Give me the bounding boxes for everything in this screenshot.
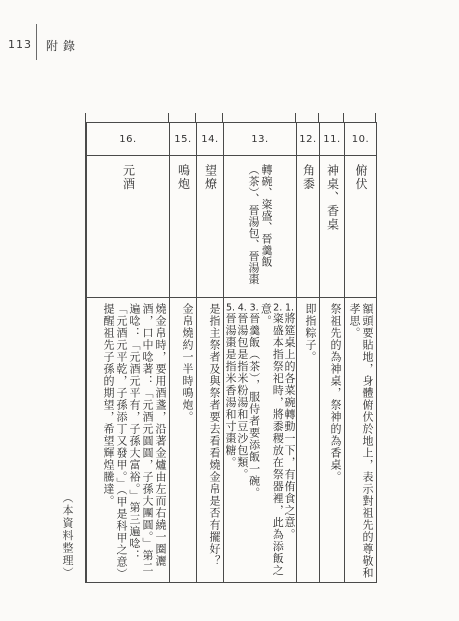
step-number: 10. [345,123,376,156]
term-description-list: 1.將筵桌上的各菜碗轉動一下，有侑食之意。 2.粢盛本指祭祀時，將黍稷放在祭器裡… [224,298,296,582]
term-name: 鳴炮 [177,164,190,191]
item-text: 晉湯棗是指米香湯和寸棗糖。 [224,313,237,469]
step-number: 13. [224,123,296,156]
continuation-tick [375,113,376,122]
source-note: （本資料整理） [60,492,74,580]
ritual-steps-table: 10. 俯伏 額頭要貼地，身體俯伏於地上，表示對祖先的尊敬和孝思。 11. 神桌… [85,122,377,583]
term-name: 角黍 [302,164,315,191]
term-description: 祭祖先的為神桌，祭神的為香桌。 [320,298,344,582]
term-name: 轉碗、粢盛、晉羹飯（茶）、晉湯包、晉湯棗 [247,164,273,294]
continuation-tick [318,113,319,122]
term-description-cell: 燒金帛時，要用酒盞，沿著金爐由左而右繞一圈灑酒，口中唸著：「元酒元圓圓，子孫大團… [87,298,169,582]
item-number: 5. [225,303,236,313]
table-column-step-13: 13. 轉碗、粢盛、晉羹飯（茶）、晉湯包、晉湯棗 1.將筵桌上的各菜碗轉動一下，… [223,123,296,582]
term-name-cell: 俯伏 [345,156,376,298]
item-text: 晉湯包是指米粉湯和豆沙包類。 [236,313,249,481]
step-number: 12. [297,123,319,156]
table-column-step-11: 11. 神桌、香桌 祭祖先的為神桌，祭神的為香桌。 [319,123,344,582]
section-title: 附錄 [46,37,80,54]
item-number: 4. [237,303,248,313]
item-number: 2. [272,303,283,313]
term-name: 望燎 [204,164,217,191]
step-number: 11. [320,123,344,156]
term-description: 金帛燒約一半時鳴炮。 [170,298,196,582]
list-item: 3.晉羹飯（茶），服侍者要添飯一碗。 [248,303,260,580]
item-number: 1. [284,303,295,313]
continuation-tick [85,113,86,122]
list-item: 2.粢盛本指祭祀時，將黍稷放在祭器裡，此為添飯之意。 [260,303,284,580]
term-description-cell: 祭祖先的為神桌，祭神的為香桌。 [320,298,344,582]
table-column-step-14: 14. 望燎 是指主祭者及與祭者要去看看燒金帛是否有擺好？ [196,123,223,582]
book-page: 113 附錄 10. 俯伏 額頭要貼地，身體俯伏於地上，表示對祖先的尊敬和孝思。… [0,0,459,621]
term-name: 俯伏 [354,164,367,191]
continuation-tick [195,113,196,122]
page-number: 113 [8,38,32,51]
step-number: 14. [197,123,223,156]
continuation-tick [295,113,296,122]
term-description-cell: 是指主祭者及與祭者要去看看燒金帛是否有擺好？ [197,298,223,582]
term-name: 神桌、香桌 [326,164,339,232]
table-column-step-15: 15. 鳴炮 金帛燒約一半時鳴炮。 [169,123,196,582]
table-column-step-10: 10. 俯伏 額頭要貼地，身體俯伏於地上，表示對祖先的尊敬和孝思。 [344,123,376,582]
term-description-cell: 即指粽子。 [297,298,319,582]
list-item: 1.將筵桌上的各菜碗轉動一下，有侑食之意。 [283,303,295,580]
term-name: 元酒 [122,164,135,191]
term-description-cell: 1.將筵桌上的各菜碗轉動一下，有侑食之意。 2.粢盛本指祭祀時，將黍稷放在祭器裡… [224,298,296,582]
continuation-tick [222,113,223,122]
term-name-cell: 鳴炮 [170,156,196,298]
list-item: 4.晉湯包是指米粉湯和豆沙包類。 [236,303,248,580]
term-description: 額頭要貼地，身體俯伏於地上，表示對祖先的尊敬和孝思。 [345,298,376,582]
item-number: 3. [249,303,260,313]
item-text: 晉羹飯（茶），服侍者要添飯一碗。 [248,313,261,500]
step-number: 15. [170,123,196,156]
list-item: 5.晉湯棗是指米香湯和寸棗糖。 [224,303,236,580]
step-number: 16. [87,123,169,156]
continuation-tick [343,113,344,122]
term-description: 是指主祭者及與祭者要去看看燒金帛是否有擺好？ [197,298,223,582]
item-text: 將筵桌上的各菜碗轉動一下，有侑食之意。 [283,313,296,541]
header-divider [36,24,37,60]
term-name-cell: 望燎 [197,156,223,298]
term-description-cell: 金帛燒約一半時鳴炮。 [170,298,196,582]
term-description-cell: 額頭要貼地，身體俯伏於地上，表示對祖先的尊敬和孝思。 [345,298,376,582]
term-description: 燒金帛時，要用酒盞，沿著金爐由左而右繞一圈灑酒，口中唸著：「元酒元圓圓，子孫大團… [87,298,169,582]
term-name-cell: 元酒 [87,156,169,298]
term-description: 即指粽子。 [297,298,319,582]
item-text: 粢盛本指祭祀時，將黍稷放在祭器裡，此為添飯之意。 [259,303,284,577]
term-name-cell: 神桌、香桌 [320,156,344,298]
term-name-cell: 角黍 [297,156,319,298]
term-name-cell: 轉碗、粢盛、晉羹飯（茶）、晉湯包、晉湯棗 [224,156,296,298]
table-column-step-12: 12. 角黍 即指粽子。 [296,123,319,582]
continuation-tick [168,113,169,122]
table-column-step-16: 16. 元酒 燒金帛時，要用酒盞，沿著金爐由左而右繞一圈灑酒，口中唸著：「元酒元… [86,123,169,582]
